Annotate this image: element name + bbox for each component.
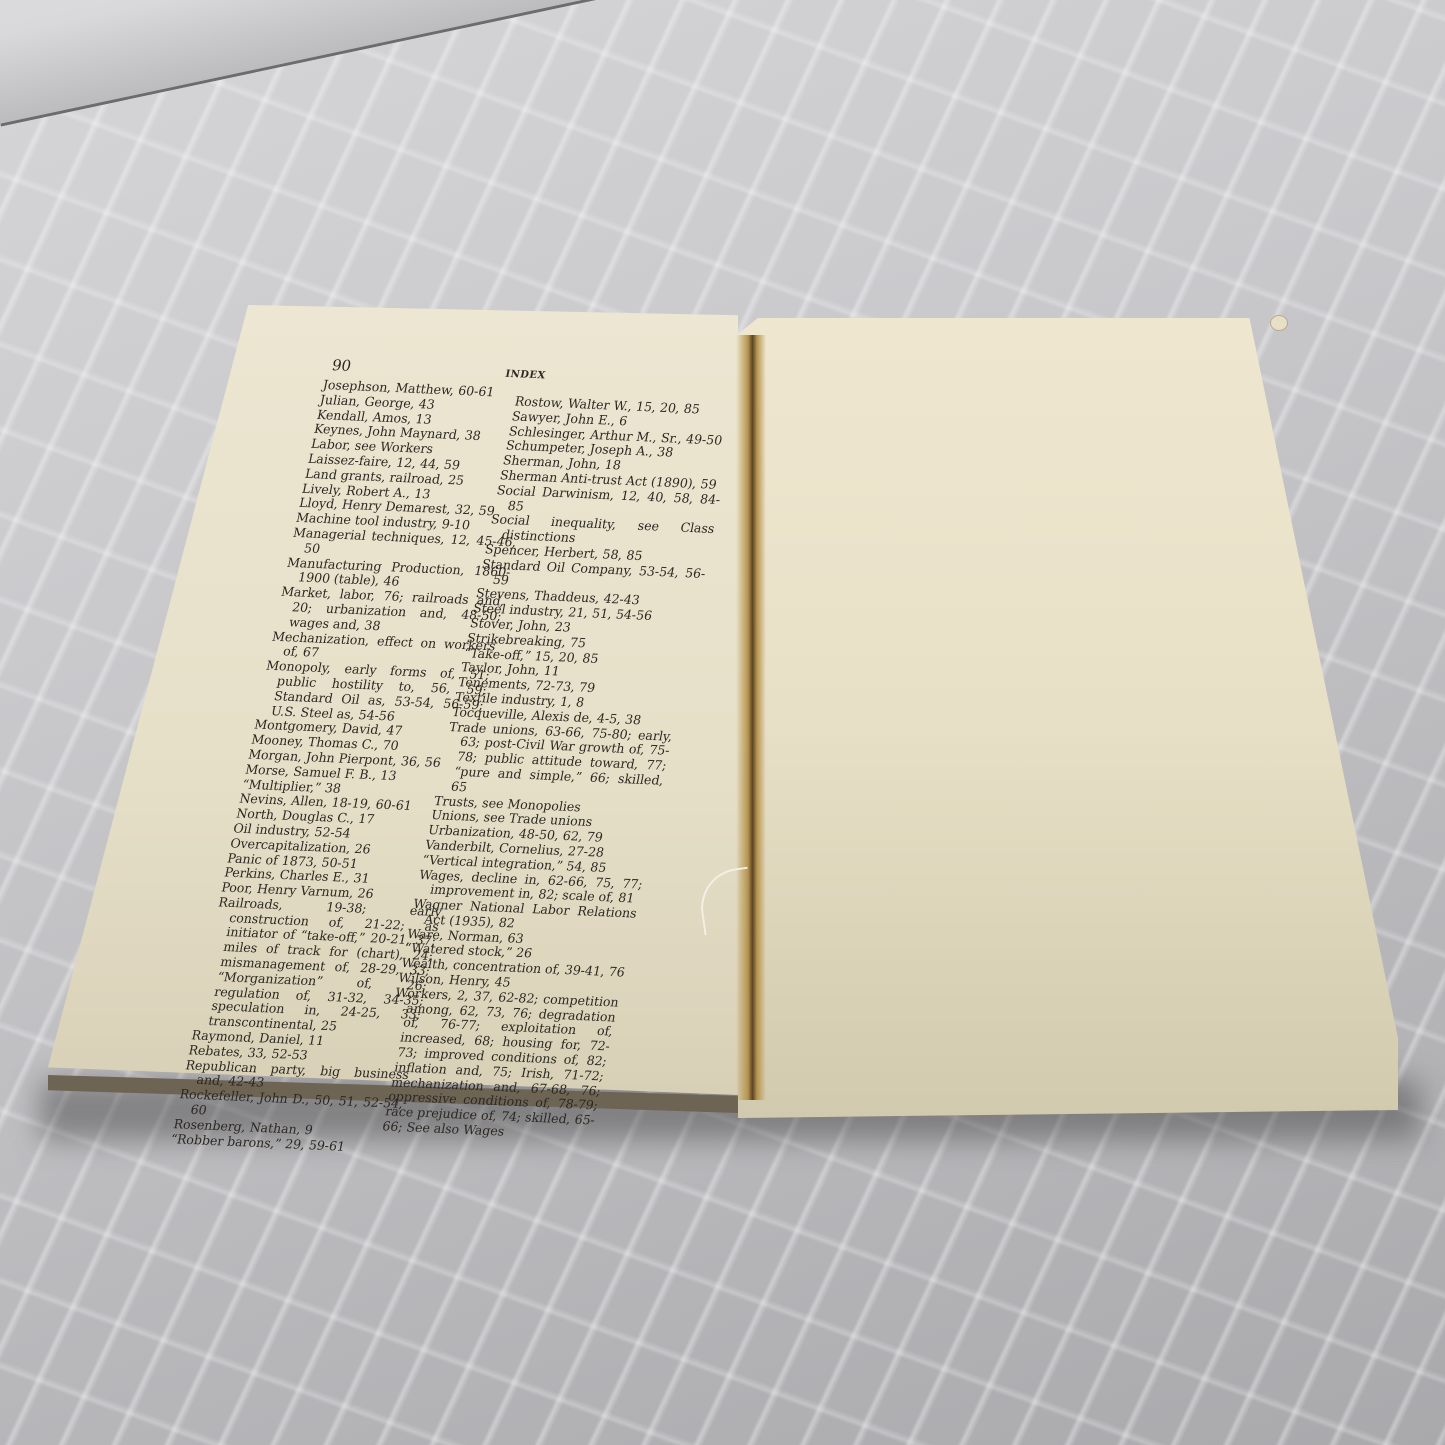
plastic-roll	[0, 0, 1273, 127]
index-entry: Workers, 2, 37, 62-82; competition among…	[367, 986, 620, 1144]
right-page-blank	[738, 318, 1398, 1118]
page-number: 90	[330, 356, 353, 375]
index-entry: Trade unions, 63-66, 75-80; early, 63; p…	[436, 720, 674, 804]
running-head: INDEX	[504, 369, 546, 382]
book-gutter-spine	[736, 335, 766, 1100]
page-corner-tear	[1270, 315, 1288, 331]
